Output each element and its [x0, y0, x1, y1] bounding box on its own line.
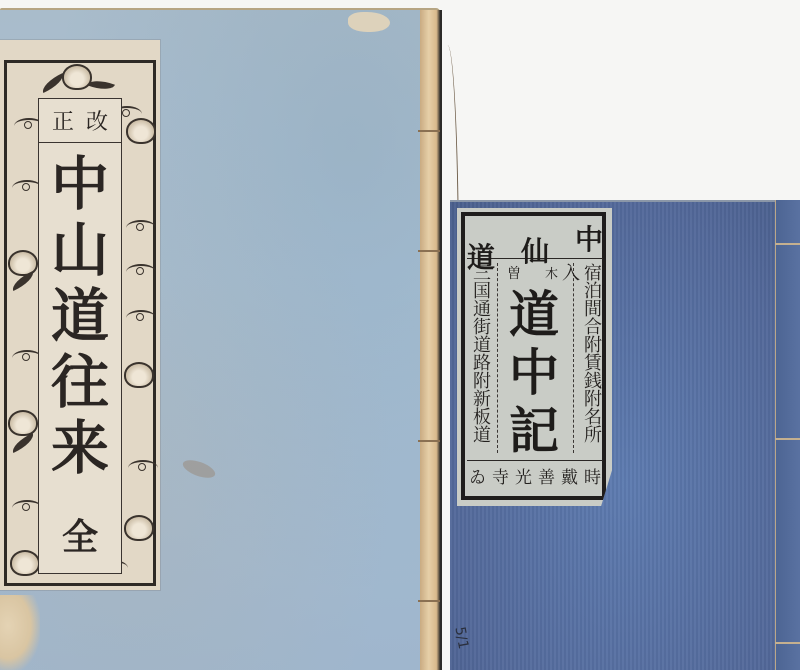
title-panel: 正 改 中 山 道 往 来 全 [38, 98, 122, 574]
annotation-char: 曽 [507, 263, 521, 283]
publisher-char: 善 [538, 463, 555, 488]
subtitle-right-column: 宿泊間合附賃銭附名所入 [573, 263, 602, 453]
title-char: 山 [51, 217, 109, 283]
title-char: 道 [51, 283, 109, 349]
binding-stitch [418, 250, 440, 252]
flower-icon [8, 410, 38, 436]
binding-stitch [418, 600, 440, 602]
book-title: 中 山 道 往 来 [39, 151, 121, 481]
title-header: 道 仙 中 [467, 218, 603, 259]
right-title-label: 道 仙 中 三国通街道路附新板道 曽 木 道 中 記 宿泊間合附賃銭附名所入 ゐ… [457, 208, 612, 506]
bird-icon [126, 264, 156, 280]
title-char: 往 [51, 349, 109, 415]
worn-corner [0, 595, 40, 670]
binding-stitch [775, 642, 800, 644]
bird-icon [126, 310, 156, 326]
publisher-char: ゐ [469, 463, 486, 488]
flower-icon [8, 250, 38, 276]
title-char: 記 [509, 402, 559, 460]
publisher-line: ゐ 寺 光 善 戴 時 [467, 460, 603, 490]
header-char: 正 [52, 105, 74, 136]
book-title: 道 中 記 [501, 286, 567, 460]
paper-stain [348, 12, 390, 32]
header-char: 改 [86, 105, 108, 136]
volume-mark: 全 [39, 509, 121, 560]
subtitle-left-column: 三国通街道路附新板道 [469, 263, 498, 453]
paper-stain [181, 457, 218, 482]
bird-icon [126, 220, 156, 236]
flower-icon [62, 64, 92, 90]
flower-icon [124, 362, 154, 388]
publisher-char: 光 [515, 463, 532, 488]
publisher-char: 戴 [561, 463, 578, 488]
publisher-char: 時 [584, 463, 601, 488]
flower-icon [10, 550, 40, 576]
title-char: 中 [509, 344, 559, 402]
binding-stitch [775, 438, 800, 440]
title-char: 来 [51, 415, 109, 481]
binding-stitch [418, 440, 440, 442]
title-header: 正 改 [39, 99, 121, 143]
header-char: 中 [575, 218, 603, 258]
left-book-spine [420, 10, 442, 670]
bird-icon [128, 460, 158, 476]
title-char: 道 [509, 286, 559, 344]
left-title-label: 正 改 中 山 道 往 来 全 [0, 40, 160, 590]
binding-stitch [418, 130, 440, 132]
title-char: 中 [51, 151, 109, 217]
flower-icon [124, 515, 154, 541]
right-book-spine [775, 200, 800, 670]
photo-scene: 正 改 中 山 道 往 来 全 道 仙 中 三国通街道路附新板道 曽 木 道 [0, 0, 800, 670]
annotation-char: 木 [545, 263, 558, 282]
publisher-char: 寺 [492, 463, 509, 488]
binding-stitch [775, 243, 800, 245]
